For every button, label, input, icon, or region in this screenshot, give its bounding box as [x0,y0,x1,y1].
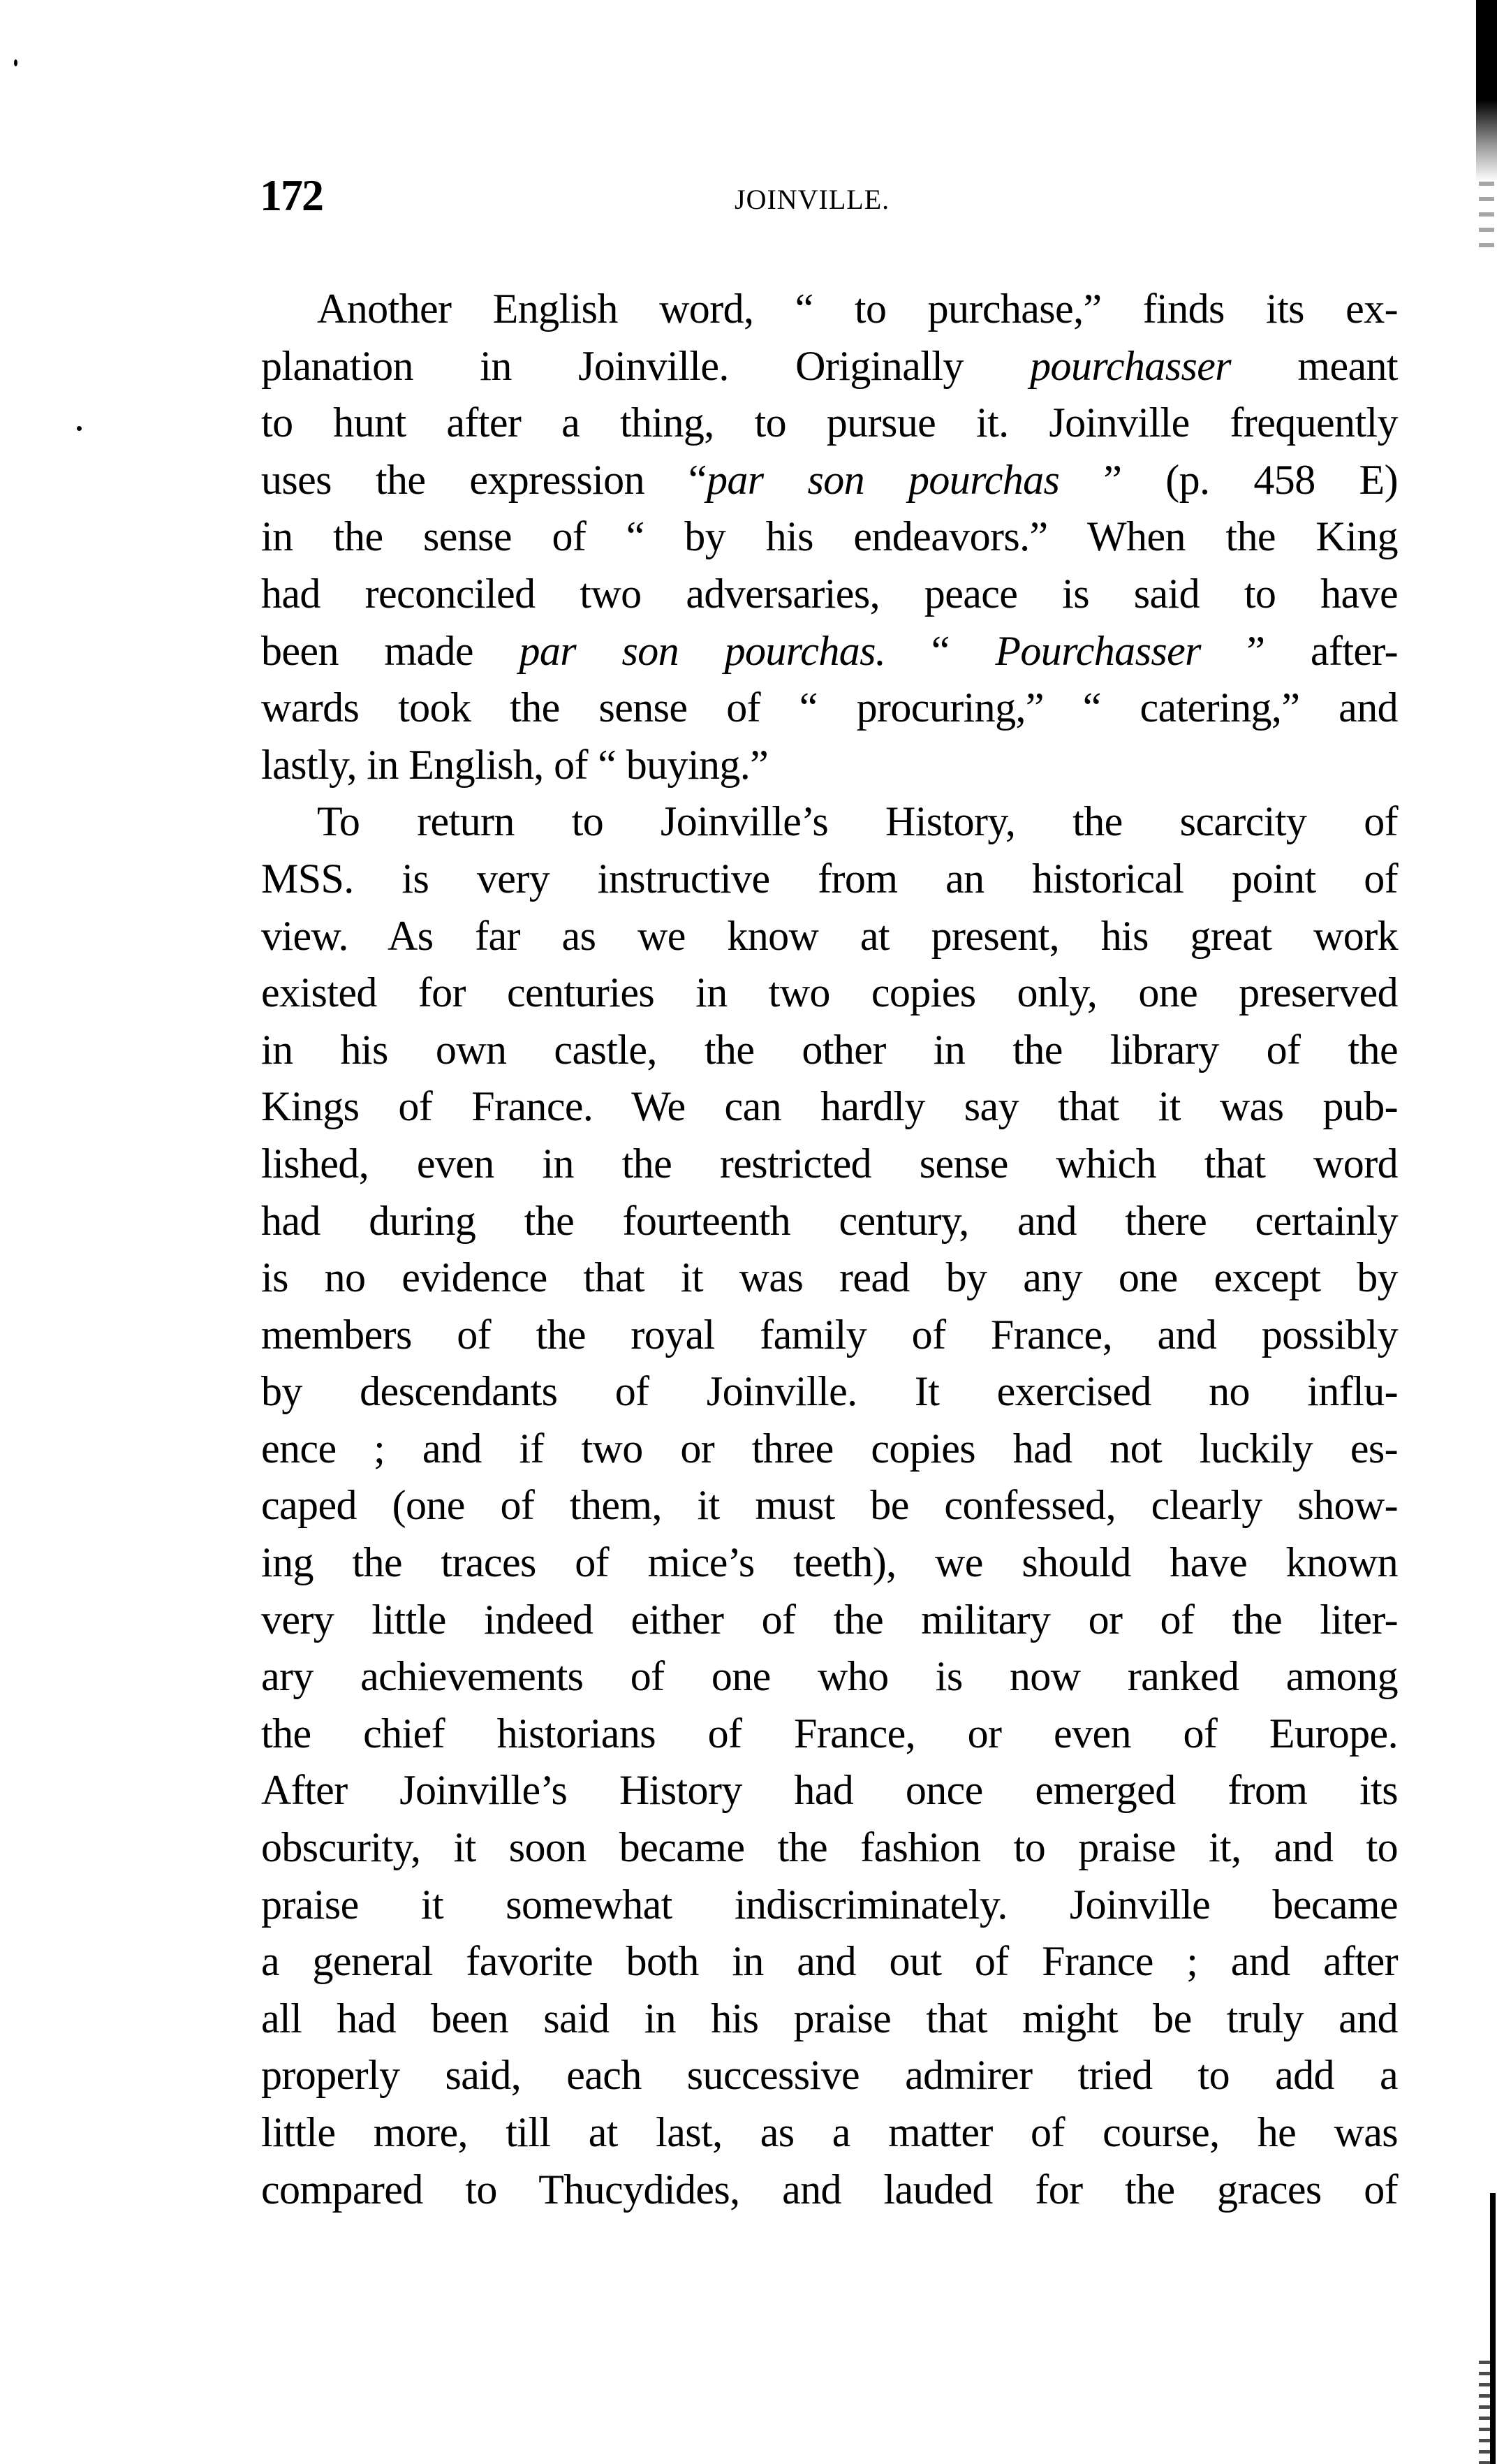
text-line: ary achievements of one who is now ranke… [261,1648,1398,1706]
text-line: view. As far as we know at present, his … [261,908,1398,965]
text-line: to hunt after a thing, to pursue it. Joi… [261,395,1398,452]
text-line: Another English word, “ to purchase,” fi… [261,281,1398,338]
text-line: obscurity, it soon became the fashion to… [261,1819,1398,1877]
text-line: Kings of France. We can hardly say that … [261,1078,1398,1136]
text-segment: ” (p. 458 E) [1059,457,1398,503]
binding-specks-top [1479,182,1494,251]
text-line: MSS. is very instructive from an histori… [261,851,1398,908]
page-header: 172 JOINVILLE. [260,168,1398,223]
text-line: ence ; and if two or three copies had no… [261,1421,1398,1478]
text-line: had during the fourteenth century, and t… [261,1193,1398,1250]
page-number: 172 [260,168,323,223]
text-line: by descendants of Joinville. It exercise… [261,1363,1398,1421]
text-segment: been made [261,628,519,674]
text-line: in the sense of “ by his endeavors.” Whe… [261,508,1398,566]
italic-term: Pourchasser [995,628,1200,674]
text-line: planation in Joinville. Originally pourc… [261,338,1398,395]
text-line: compared to Thucydides, and lauded for t… [261,2162,1398,2219]
text-line: properly said, each successive admirer t… [261,2047,1398,2104]
text-segment: uses the expression “ [261,457,707,503]
scan-speck [14,59,17,66]
text-line: very little indeed either of the militar… [261,1592,1398,1649]
text-line: members of the royal family of France, a… [261,1307,1398,1364]
text-line: caped (one of them, it must be confessed… [261,1477,1398,1534]
text-line: been made par son pourchas. “ Pourchasse… [261,623,1398,680]
running-head: JOINVILLE. [735,172,890,228]
text-segment: planation in Joinville. Originally [261,343,1030,389]
text-line: all had been said in his praise that mig… [261,1990,1398,2048]
binding-shadow-bottom [1490,2193,1496,2464]
binding-specks-bottom [1479,2361,1490,2464]
text-segment: ” after- [1201,628,1398,674]
text-line: little more, till at last, as a matter o… [261,2104,1398,2162]
text-line: uses the expression “par son pourchas ” … [261,452,1398,509]
text-line: existed for centuries in two copies only… [261,965,1398,1022]
text-line: the chief historians of France, or even … [261,1706,1398,1763]
text-line: ing the traces of mice’s teeth), we shou… [261,1534,1398,1592]
text-line: in his own castle, the other in the libr… [261,1022,1398,1079]
text-line: a general favorite both in and out of Fr… [261,1933,1398,1990]
italic-term: par son pourchas. [519,628,885,674]
text-line: is no evidence that it was read by any o… [261,1249,1398,1307]
body-text: Another English word, “ to purchase,” fi… [261,281,1398,2218]
binding-shadow-top [1476,0,1497,182]
text-line: lished, even in the restricted sense whi… [261,1136,1398,1193]
text-line: had reconciled two adversaries, peace is… [261,566,1398,623]
text-line: lastly, in English, of “ buying.” [261,737,1398,794]
text-line: praise it somewhat indiscriminately. Joi… [261,1877,1398,1934]
italic-term: pourchasser [1030,343,1231,389]
italic-term: par son pourchas [707,457,1059,503]
text-segment: “ [885,628,995,674]
scan-speck [77,426,82,431]
text-line: After Joinville’s History had once emerg… [261,1762,1398,1819]
text-line: To return to Joinville’s History, the sc… [261,793,1398,851]
text-segment: meant [1231,343,1398,389]
text-line: wards took the sense of “ procuring,” “ … [261,680,1398,737]
